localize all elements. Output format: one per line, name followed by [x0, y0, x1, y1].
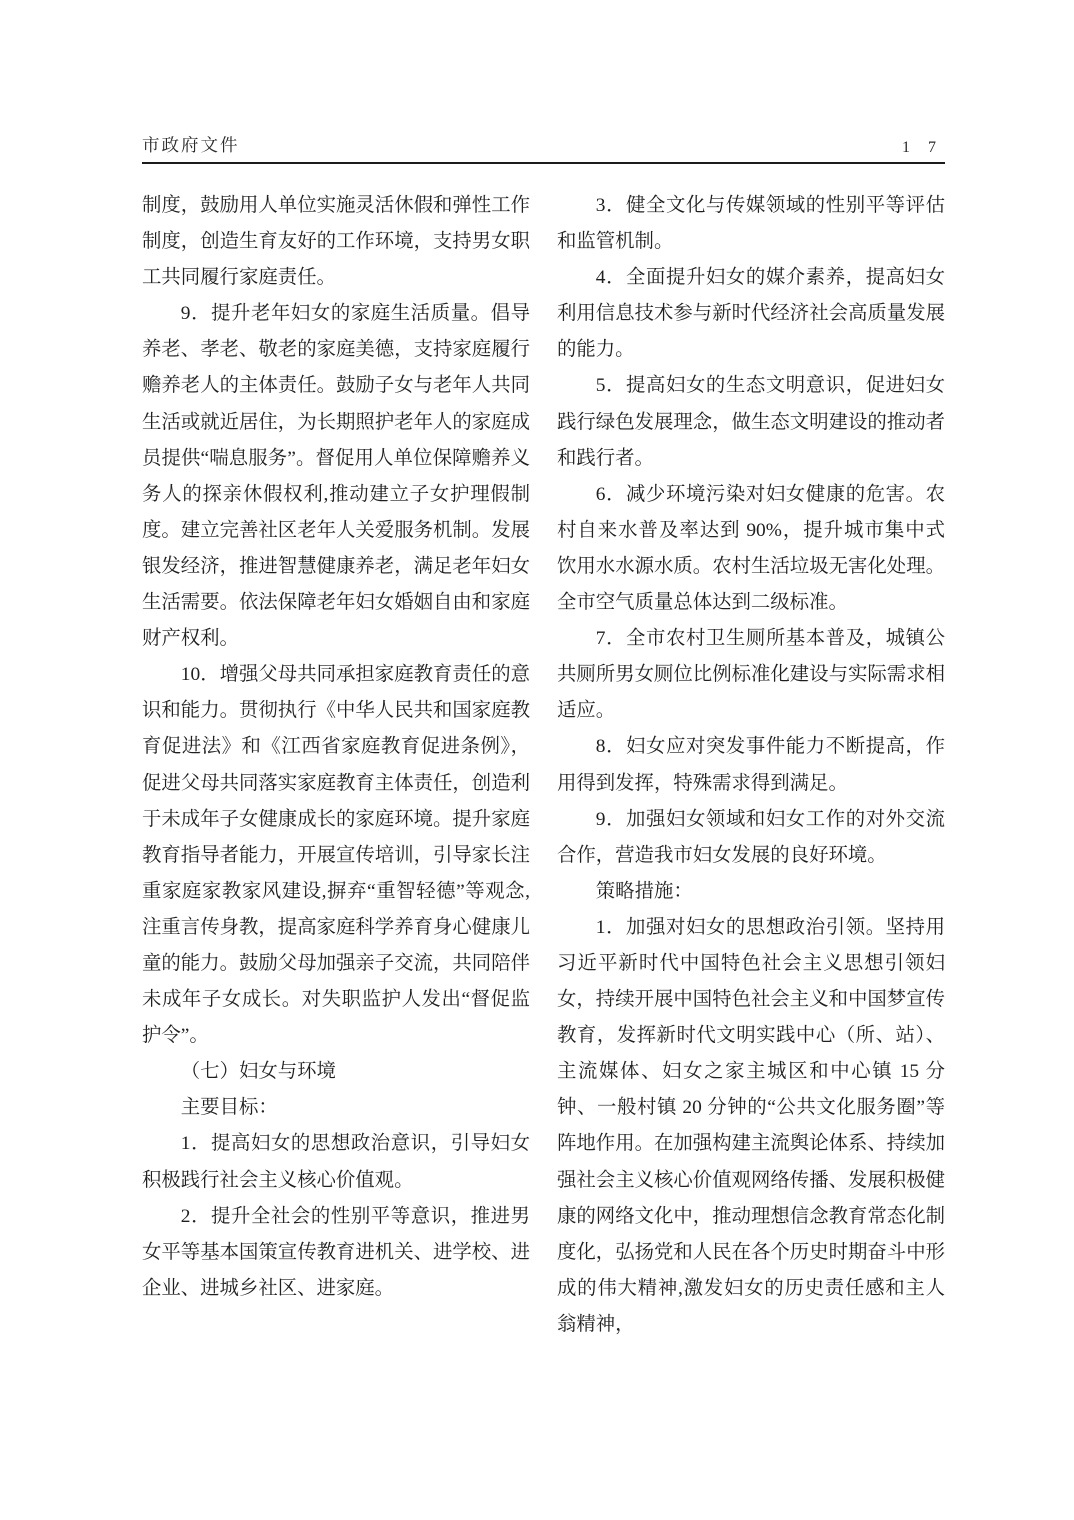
header-rule-divider [142, 162, 945, 164]
paragraph: 策略措施： [557, 874, 945, 910]
paragraph: 1．提高妇女的思想政治意识，引导妇女积极践行社会主义核心价值观。 [142, 1126, 530, 1198]
header-doc-type-label: 市政府文件 [142, 132, 240, 157]
paragraph: 制度，鼓励用人单位实施灵活休假和弹性工作制度，创造生育友好的工作环境，支持男女职… [142, 188, 530, 296]
paragraph: 9．提升老年妇女的家庭生活质量。倡导养老、孝老、敬老的家庭美德，支持家庭履行赡养… [142, 296, 530, 657]
document-page: 市政府文件 1 7 制度，鼓励用人单位实施灵活休假和弹性工作制度，创造生育友好的… [0, 0, 1074, 1520]
paragraph: 2．提升全社会的性别平等意识，推进男女平等基本国策宣传教育进机关、进学校、进企业… [142, 1199, 530, 1307]
left-column: 制度，鼓励用人单位实施灵活休假和弹性工作制度，创造生育友好的工作环境，支持男女职… [142, 188, 530, 1343]
paragraph: 9．加强妇女领域和妇女工作的对外交流合作，营造我市妇女发展的良好环境。 [557, 802, 945, 874]
header-page-number: 1 7 [902, 139, 945, 157]
paragraph: 8．妇女应对突发事件能力不断提高，作用得到发挥，特殊需求得到满足。 [557, 729, 945, 801]
paragraph: 主要目标： [142, 1090, 530, 1126]
document-body: 制度，鼓励用人单位实施灵活休假和弹性工作制度，创造生育友好的工作环境，支持男女职… [142, 188, 945, 1343]
paragraph: 1．加强对妇女的思想政治引领。坚持用习近平新时代中国特色社会主义思想引领妇女，持… [557, 910, 945, 1343]
paragraph: 3．健全文化与传媒领域的性别平等评估和监管机制。 [557, 188, 945, 260]
paragraph: 7．全市农村卫生厕所基本普及，城镇公共厕所男女厕位比例标准化建设与实际需求相适应… [557, 621, 945, 729]
paragraph: 4．全面提升妇女的媒介素养，提高妇女利用信息技术参与新时代经济社会高质量发展的能… [557, 260, 945, 368]
right-column: 3．健全文化与传媒领域的性别平等评估和监管机制。4．全面提升妇女的媒介素养，提高… [557, 188, 945, 1343]
paragraph: （七）妇女与环境 [142, 1054, 530, 1090]
paragraph: 5．提高妇女的生态文明意识，促进妇女践行绿色发展理念，做生态文明建设的推动者和践… [557, 368, 945, 476]
paragraph: 10．增强父母共同承担家庭教育责任的意识和能力。贯彻执行《中华人民共和国家庭教育… [142, 657, 530, 1054]
paragraph: 6．减少环境污染对妇女健康的危害。农村自来水普及率达到 90%，提升城市集中式饮… [557, 477, 945, 621]
page-header: 市政府文件 1 7 [142, 132, 945, 157]
